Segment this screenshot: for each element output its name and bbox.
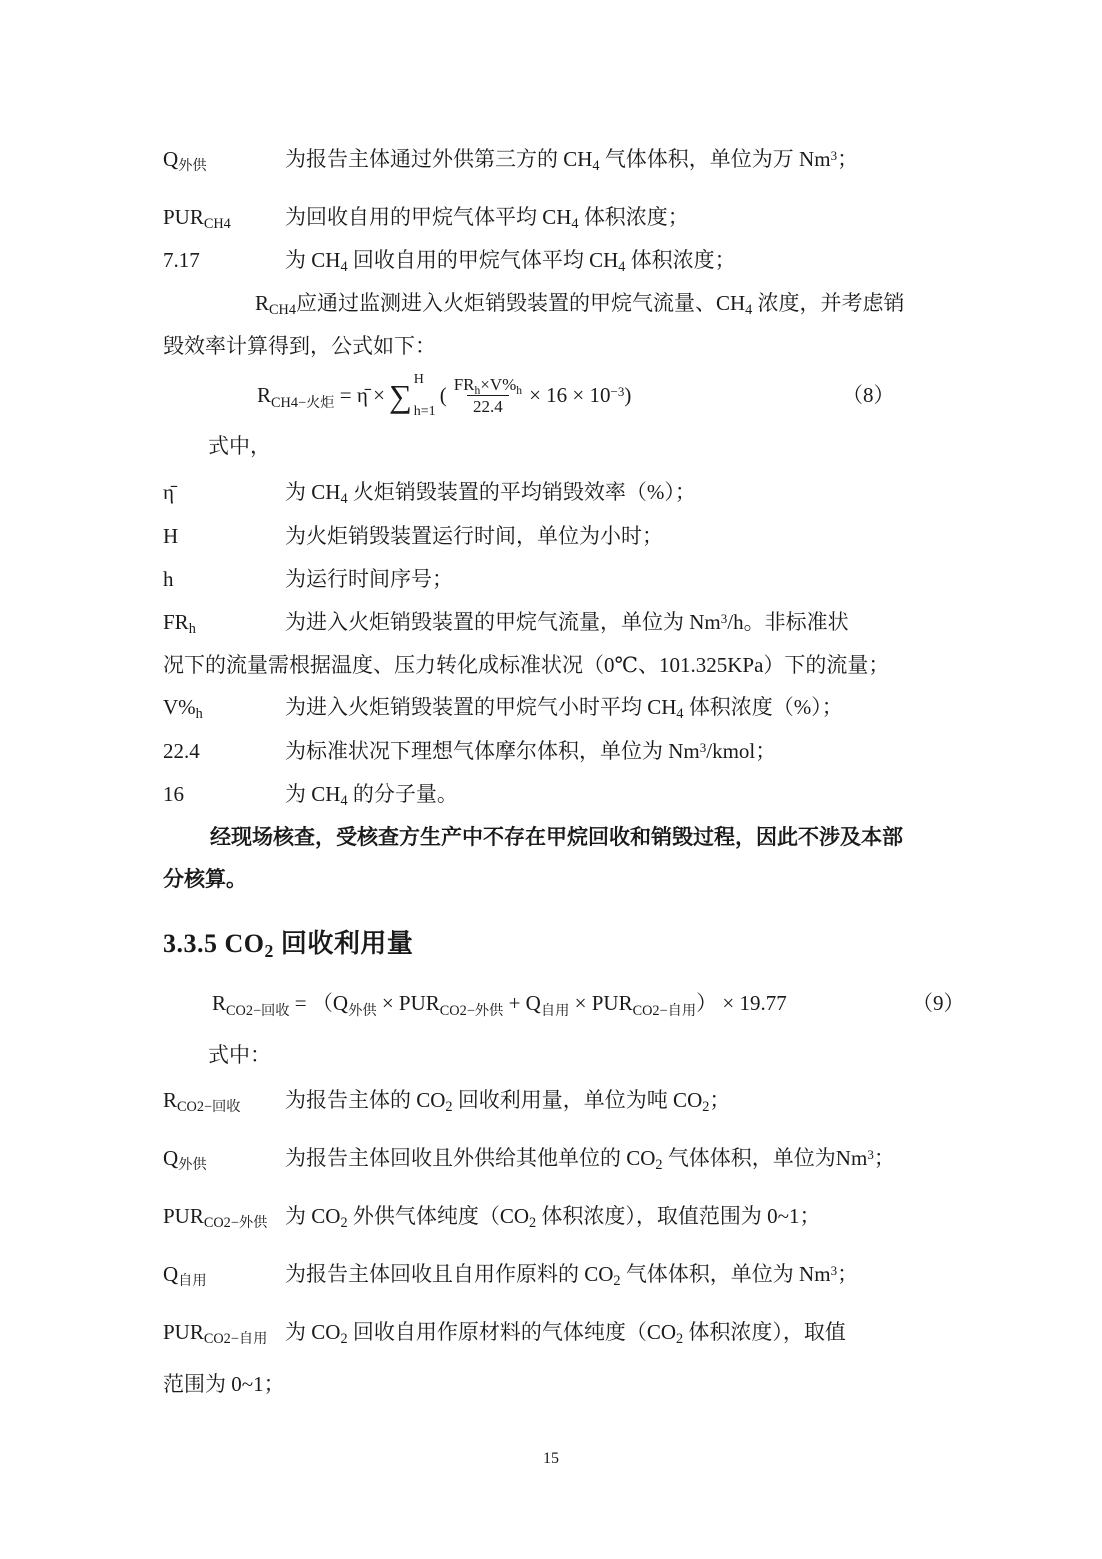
definition-term: PURCO2−自用 xyxy=(163,1319,285,1346)
definition-text: 为进入火炬销毁装置的甲烷气小时平均 CH4 体积浓度（%）； xyxy=(285,694,843,721)
verification-note-line: 经现场核查，受核查方生产中不存在甲烷回收和销毁过程，因此不涉及本部 xyxy=(210,824,903,851)
section-heading: 3.3.5 CO2 回收利用量 xyxy=(163,927,413,961)
definition-text: 为报告主体回收且自用作原料的 CO2 气体体积，单位为 Nm3； xyxy=(285,1261,858,1288)
formula-8: RCH4−火炬 = η̄ × ∑ H h=1 ( FRh×V%h 22.4 × … xyxy=(255,368,633,424)
definition-row: Q自用 为报告主体回收且自用作原料的 CO2 气体体积，单位为 Nm3； xyxy=(163,1261,858,1288)
summation-upper-limit: H xyxy=(414,373,436,387)
formula-rhs: × 16 × 10−3) xyxy=(527,382,633,409)
definition-text: 为报告主体的 CO2 回收利用量，单位为吨 CO2； xyxy=(285,1087,730,1114)
definition-row: Q外供 为报告主体回收且外供给其他单位的 CO2 气体体积，单位为Nm3； xyxy=(163,1145,895,1172)
definition-row: FRh 为进入火炬销毁装置的甲烷气流量，单位为 Nm3/h。非标准状 xyxy=(163,609,849,636)
fraction-denominator: 22.4 xyxy=(467,395,509,417)
definition-text: 为报告主体通过外供第三方的 CH4 气体体积，单位为万 Nm3； xyxy=(285,146,858,173)
definition-text: 为运行时间序号； xyxy=(285,566,453,593)
definition-row: PURCH4 为回收自用的甲烷气体平均 CH4 体积浓度； xyxy=(163,204,689,231)
equation-number: （9） xyxy=(912,990,965,1017)
paragraph-line: 况下的流量需根据温度、压力转化成标准状况（0℃、101.325KPa）下的流量； xyxy=(163,652,889,679)
summation-lower-limit: h=1 xyxy=(414,405,436,419)
definition-row: Q外供 为报告主体通过外供第三方的 CH4 气体体积，单位为万 Nm3； xyxy=(163,146,858,173)
definition-row: PURCO2−自用 为 CO2 回收自用作原材料的气体纯度（CO2 体积浓度），… xyxy=(163,1319,846,1346)
where-label: 式中： xyxy=(208,1042,271,1069)
definition-term: Q外供 xyxy=(163,1145,285,1172)
definition-term: RCO2−回收 xyxy=(163,1087,285,1114)
definition-term: 22.4 xyxy=(163,738,285,765)
definition-row: h 为运行时间序号； xyxy=(163,566,453,593)
definition-row: H 为火炬销毁装置运行时间，单位为小时； xyxy=(163,523,663,550)
summation-limits: H h=1 xyxy=(412,373,436,419)
definition-row: 16 为 CH4 的分子量。 xyxy=(163,781,458,808)
definition-text: 为进入火炬销毁装置的甲烷气流量，单位为 Nm3/h。非标准状 xyxy=(285,609,849,636)
verification-note-line: 分核算。 xyxy=(163,866,247,893)
paragraph-line: 毁效率计算得到，公式如下： xyxy=(163,333,436,360)
definition-row: PURCO2−外供 为 CO2 外供气体纯度（CO2 体积浓度），取值范围为 0… xyxy=(163,1203,821,1230)
page-number: 15 xyxy=(0,1450,1102,1468)
definition-text: 为标准状况下理想气体摩尔体积，单位为 Nm3/kmol； xyxy=(285,738,776,765)
formula-lhs: RCH4−火炬 = η̄ × xyxy=(255,382,387,409)
definition-row: 22.4 为标准状况下理想气体摩尔体积，单位为 Nm3/kmol； xyxy=(163,738,776,765)
definition-text: 为 CO2 外供气体纯度（CO2 体积浓度），取值范围为 0~1； xyxy=(285,1203,821,1230)
document-page: Q外供 为报告主体通过外供第三方的 CH4 气体体积，单位为万 Nm3； PUR… xyxy=(0,0,1102,1559)
definition-row: V%h 为进入火炬销毁装置的甲烷气小时平均 CH4 体积浓度（%）； xyxy=(163,694,843,721)
where-label: 式中， xyxy=(208,433,271,460)
definition-term: η̄ xyxy=(163,479,285,506)
definition-row: 7.17 为 CH4 回收自用的甲烷气体平均 CH4 体积浓度； xyxy=(163,247,736,274)
definition-term: Q自用 xyxy=(163,1261,285,1288)
definition-text: 为回收自用的甲烷气体平均 CH4 体积浓度； xyxy=(285,204,689,231)
definition-text: 为 CH4 的分子量。 xyxy=(285,781,458,808)
formula-9: RCO2−回收 = （Q外供 × PURCO2−外供 + Q自用 × PURCO… xyxy=(210,982,789,1026)
definition-term: V%h xyxy=(163,694,285,721)
definition-term: h xyxy=(163,566,285,593)
summation-symbol: ∑ H h=1 xyxy=(387,373,438,419)
fraction-numerator: FRh×V%h xyxy=(451,375,525,395)
definition-term: 7.17 xyxy=(163,247,285,274)
definition-text: 为 CO2 回收自用作原材料的气体纯度（CO2 体积浓度），取值 xyxy=(285,1319,846,1346)
paragraph-line: RCH4应通过监测进入火炬销毁装置的甲烷气流量、CH4 浓度，并考虑销 xyxy=(255,290,905,317)
fraction: FRh×V%h 22.4 xyxy=(451,375,525,416)
definition-text: 为 CH4 火炬销毁装置的平均销毁效率（%）； xyxy=(285,479,696,506)
definition-text: 为 CH4 回收自用的甲烷气体平均 CH4 体积浓度； xyxy=(285,247,736,274)
definition-row: η̄ 为 CH4 火炬销毁装置的平均销毁效率（%）； xyxy=(163,479,696,506)
paragraph-line: 范围为 0~1； xyxy=(163,1371,285,1398)
definition-text: 为报告主体回收且外供给其他单位的 CO2 气体体积，单位为Nm3； xyxy=(285,1145,895,1172)
definition-row: RCO2−回收 为报告主体的 CO2 回收利用量，单位为吨 CO2； xyxy=(163,1087,730,1114)
definition-term: Q外供 xyxy=(163,146,285,173)
definition-term: FRh xyxy=(163,609,285,636)
definition-term: PURCO2−外供 xyxy=(163,1203,285,1230)
equation-number: （8） xyxy=(842,382,895,409)
definition-term: PURCH4 xyxy=(163,204,285,231)
definition-term: 16 xyxy=(163,781,285,808)
formula-body: RCO2−回收 = （Q外供 × PURCO2−外供 + Q自用 × PURCO… xyxy=(210,990,789,1017)
sigma-glyph: ∑ xyxy=(389,380,412,412)
open-paren: ( xyxy=(438,382,449,409)
definition-term: H xyxy=(163,523,285,550)
definition-text: 为火炬销毁装置运行时间，单位为小时； xyxy=(285,523,663,550)
